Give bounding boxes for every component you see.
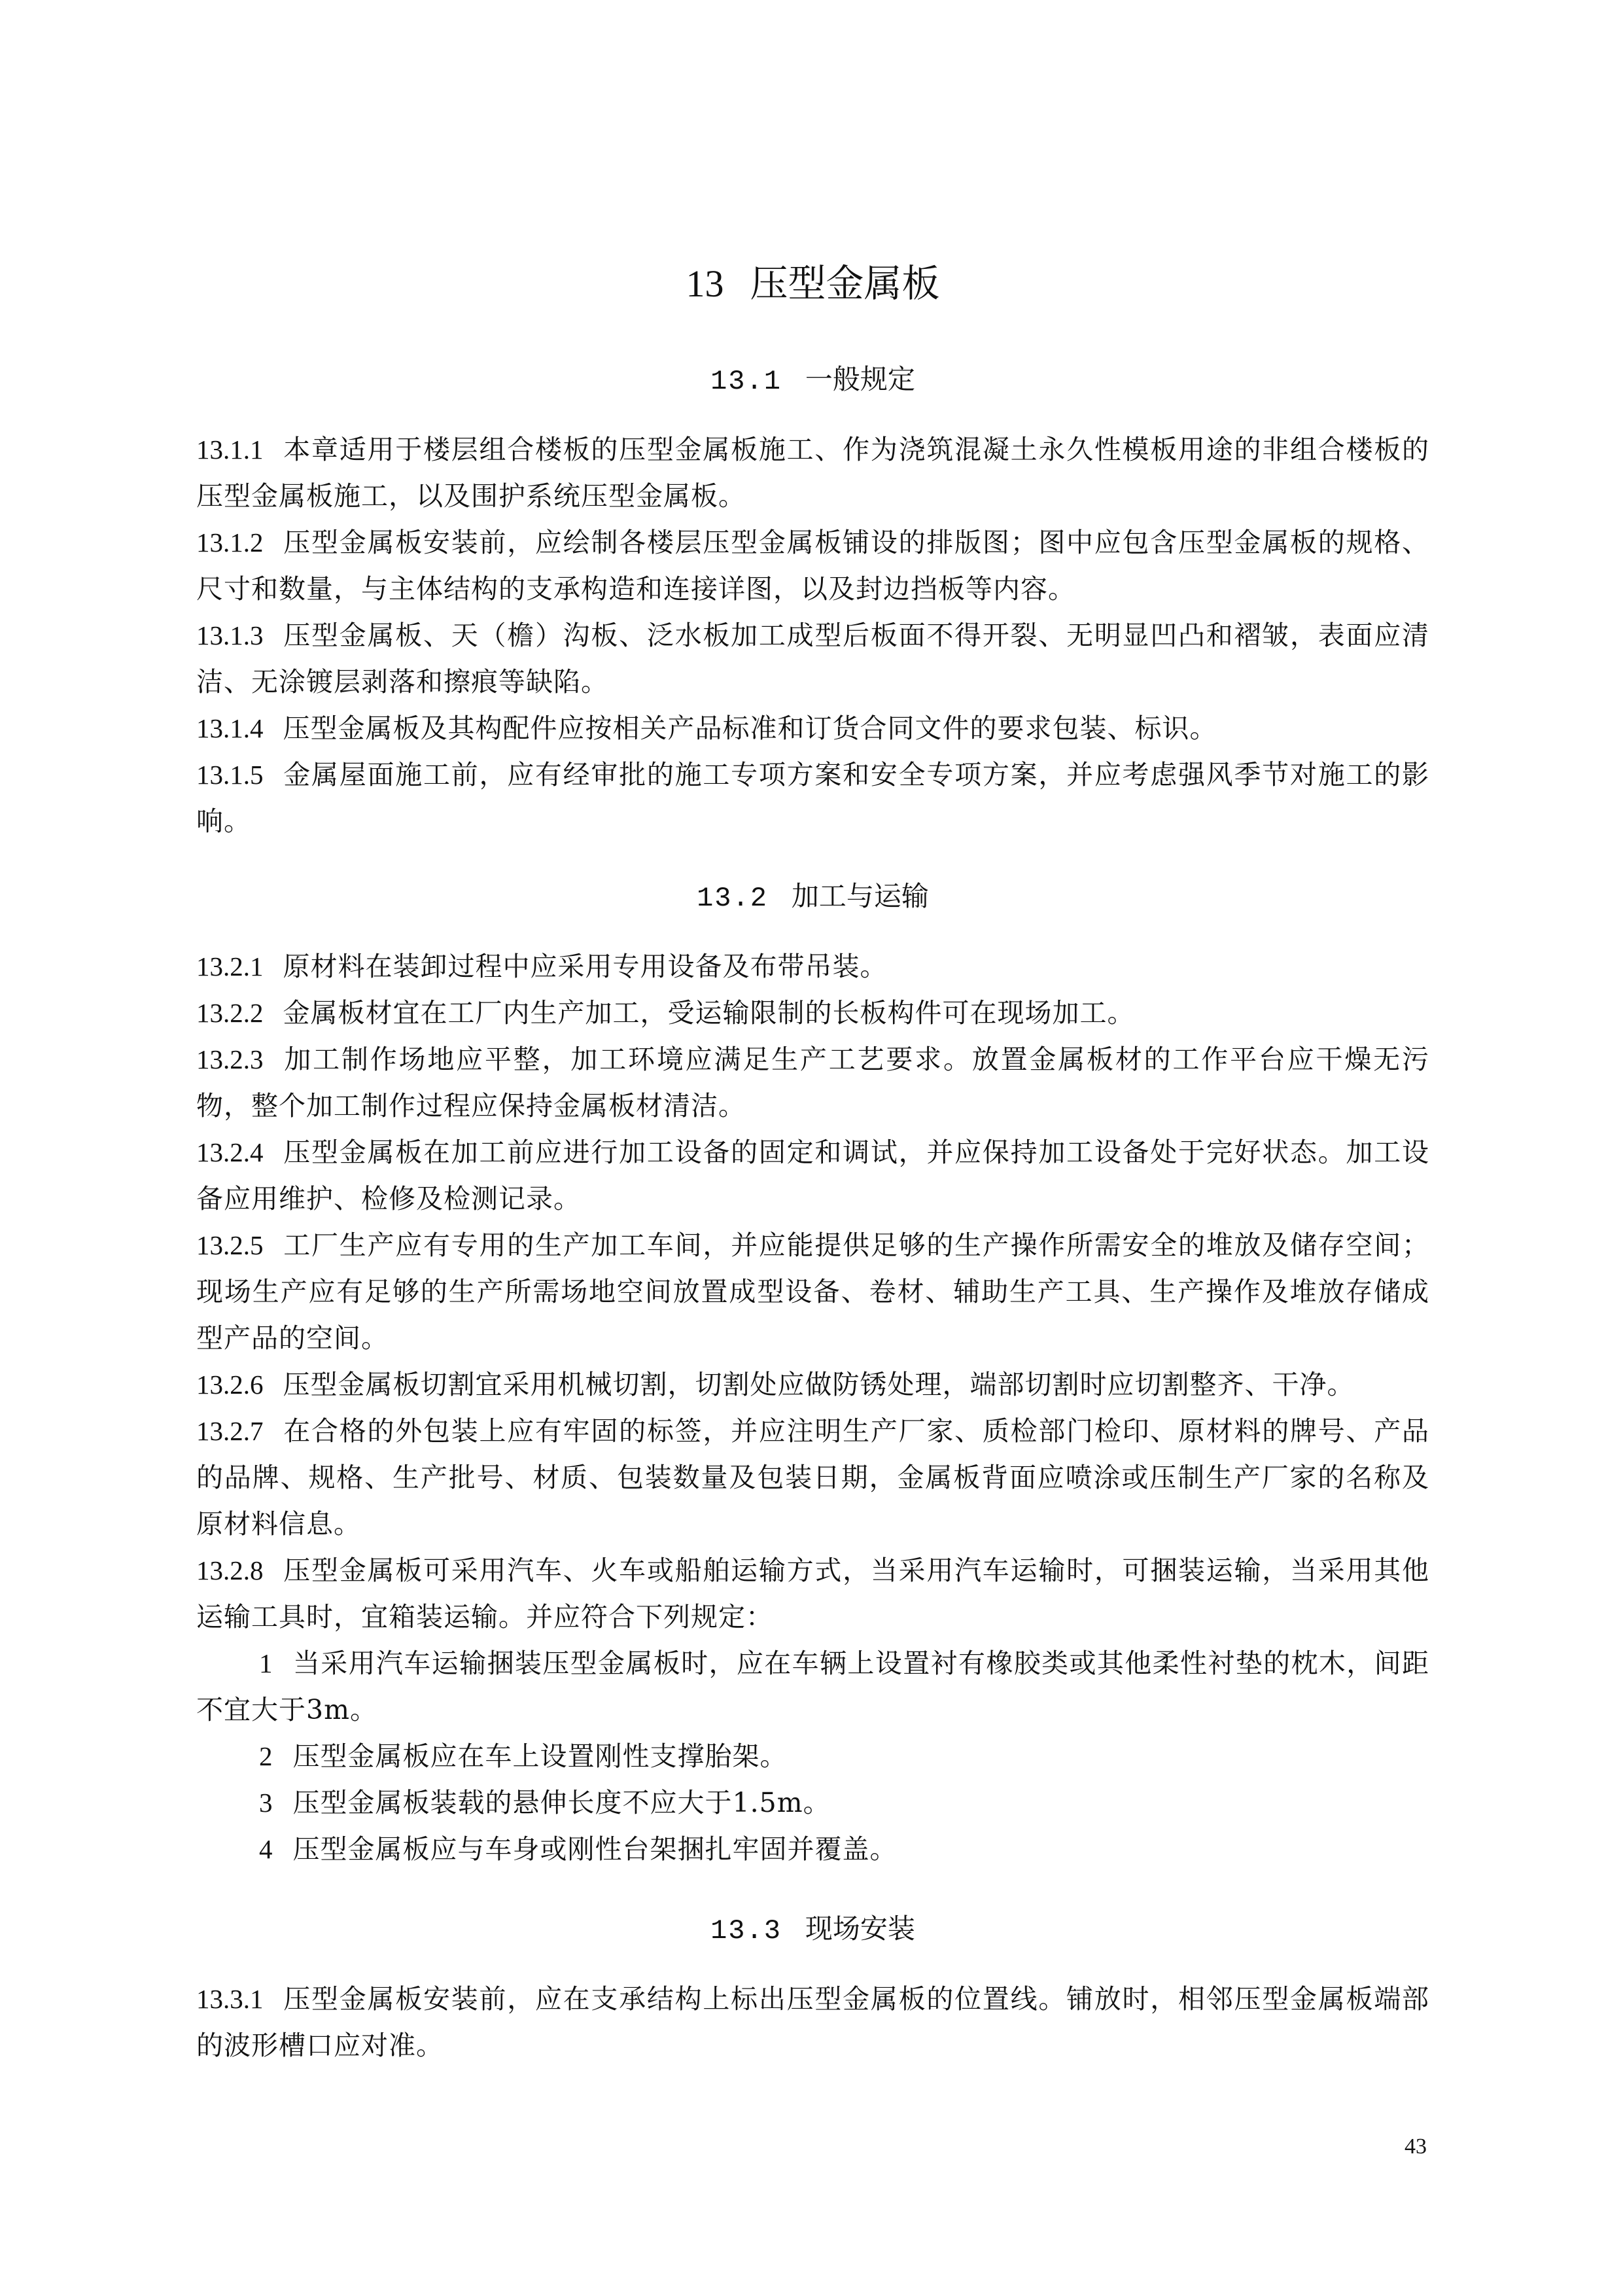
chapter-title-text: 压型金属板 — [750, 261, 939, 306]
clause-number: 13.2.7 — [196, 1416, 264, 1446]
clause-13-2-2: 13.2.2金属板材宜在工厂内生产加工，受运输限制的长板构件可在现场加工。 — [196, 990, 1429, 1036]
clause-number: 13.3.1 — [196, 1984, 264, 2014]
list-item-3: 3压型金属板装载的悬伸长度不应大于1.5m。 — [196, 1780, 1429, 1826]
item-text: 压型金属板应与车身或刚性台架捆扎牢固并覆盖。 — [293, 1833, 898, 1865]
chapter-number: 13 — [686, 262, 724, 305]
clause-13-1-4: 13.1.4压型金属板及其构配件应按相关产品标准和订货合同文件的要求包装、标识。 — [196, 705, 1429, 752]
clause-13-1-5: 13.1.5金属屋面施工前，应有经审批的施工专项方案和安全专项方案，并应考虑强风… — [196, 752, 1429, 845]
section-title: 13.3现场安装 — [196, 1909, 1429, 1951]
clause-text: 压型金属板安装前，应在支承结构上标出压型金属板的位置线。铺放时，相邻压型金属板端… — [196, 1983, 1429, 2061]
clause-text: 原材料在装卸过程中应采用专用设备及布带吊装。 — [283, 951, 888, 982]
clause-text: 工厂生产应有专用的生产加工车间，并应能提供足够的生产操作所需安全的堆放及储存空间… — [196, 1229, 1429, 1354]
clause-number: 13.2.5 — [196, 1230, 264, 1260]
item-text: 压型金属板应在车上设置刚性支撑胎架。 — [293, 1740, 788, 1772]
clause-number: 13.2.3 — [196, 1044, 264, 1074]
clause-13-2-7: 13.2.7在合格的外包装上应有牢固的标签，并应注明生产厂家、质检部门检印、原材… — [196, 1408, 1429, 1547]
clause-13-1-1: 13.1.1本章适用于楼层组合楼板的压型金属板施工、作为浇筑混凝土永久性模板用途… — [196, 427, 1429, 520]
section-number: 13.1 — [710, 366, 782, 397]
clause-text: 压型金属板可采用汽车、火车或船舶运输方式，当采用汽车运输时，可捆装运输，当采用其… — [196, 1555, 1429, 1633]
chapter-title: 13压型金属板 — [196, 260, 1429, 307]
section-title-text: 加工与运输 — [792, 880, 929, 912]
clause-text: 金属屋面施工前，应有经审批的施工专项方案和安全专项方案，并应考虑强风季节对施工的… — [196, 759, 1429, 837]
clause-number: 13.2.8 — [196, 1555, 264, 1585]
clause-text: 压型金属板切割宜采用机械切割，切割处应做防锈处理，端部切割时应切割整齐、干净。 — [283, 1369, 1355, 1400]
clause-number: 13.1.5 — [196, 760, 264, 790]
section-title-text: 现场安装 — [805, 1913, 915, 1945]
item-number: 3 — [259, 1788, 273, 1818]
section-title-text: 一般规定 — [805, 363, 915, 395]
clause-13-2-8: 13.2.8压型金属板可采用汽车、火车或船舶运输方式，当采用汽车运输时，可捆装运… — [196, 1547, 1429, 1640]
clause-13-3-1: 13.3.1压型金属板安装前，应在支承结构上标出压型金属板的位置线。铺放时，相邻… — [196, 1976, 1429, 2069]
item-number: 1 — [259, 1648, 273, 1678]
clause-13-2-5: 13.2.5工厂生产应有专用的生产加工车间，并应能提供足够的生产操作所需安全的堆… — [196, 1222, 1429, 1362]
clause-number: 13.1.2 — [196, 527, 264, 557]
clause-13-1-3: 13.1.3压型金属板、天（檐）沟板、泛水板加工成型后板面不得开裂、无明显凹凸和… — [196, 612, 1429, 705]
section-number: 13.2 — [697, 883, 768, 914]
item-number: 4 — [259, 1834, 273, 1864]
clause-text: 压型金属板、天（檐）沟板、泛水板加工成型后板面不得开裂、无明显凹凸和褶皱，表面应… — [196, 620, 1429, 698]
clause-number: 13.2.4 — [196, 1137, 264, 1167]
section-title: 13.2加工与运输 — [196, 877, 1429, 918]
clause-13-2-4: 13.2.4压型金属板在加工前应进行加工设备的固定和调试，并应保持加工设备处于完… — [196, 1129, 1429, 1222]
clause-text: 压型金属板在加工前应进行加工设备的固定和调试，并应保持加工设备处于完好状态。加工… — [196, 1137, 1429, 1214]
list-item-1: 1当采用汽车运输捆装压型金属板时，应在车辆上设置衬有橡胶类或其他柔性衬垫的枕木，… — [196, 1640, 1429, 1733]
clause-number: 13.2.2 — [196, 998, 264, 1028]
item-number: 2 — [259, 1741, 273, 1771]
clause-13-1-2: 13.1.2压型金属板安装前，应绘制各楼层压型金属板铺设的排版图；图中应包含压型… — [196, 520, 1429, 612]
section-number: 13.3 — [710, 1915, 782, 1947]
clause-text: 金属板材宜在工厂内生产加工，受运输限制的长板构件可在现场加工。 — [283, 997, 1135, 1029]
item-text: 当采用汽车运输捆装压型金属板时，应在车辆上设置衬有橡胶类或其他柔性衬垫的枕木，间… — [196, 1648, 1429, 1725]
clause-text: 加工制作场地应平整，加工环境应满足生产工艺要求。放置金属板材的工作平台应干燥无污… — [196, 1044, 1429, 1122]
clause-number: 13.2.1 — [196, 951, 264, 981]
item-text: 压型金属板装载的悬伸长度不应大于1.5m。 — [293, 1787, 831, 1818]
clause-13-2-6: 13.2.6压型金属板切割宜采用机械切割，切割处应做防锈处理，端部切割时应切割整… — [196, 1362, 1429, 1408]
clause-number: 13.1.1 — [196, 434, 264, 465]
list-item-4: 4压型金属板应与车身或刚性台架捆扎牢固并覆盖。 — [196, 1826, 1429, 1873]
clause-number: 13.1.3 — [196, 620, 264, 650]
clause-number: 13.1.4 — [196, 713, 264, 743]
clause-text: 在合格的外包装上应有牢固的标签，并应注明生产厂家、质检部门检印、原材料的牌号、产… — [196, 1415, 1429, 1540]
clause-text: 本章适用于楼层组合楼板的压型金属板施工、作为浇筑混凝土永久性模板用途的非组合楼板… — [196, 434, 1429, 512]
list-item-2: 2压型金属板应在车上设置刚性支撑胎架。 — [196, 1733, 1429, 1780]
clause-number: 13.2.6 — [196, 1369, 264, 1400]
clause-text: 压型金属板安装前，应绘制各楼层压型金属板铺设的排版图；图中应包含压型金属板的规格… — [196, 527, 1429, 605]
clause-text: 压型金属板及其构配件应按相关产品标准和订货合同文件的要求包装、标识。 — [283, 713, 1217, 744]
page-number: 43 — [1405, 2134, 1427, 2159]
clause-13-2-1: 13.2.1原材料在装卸过程中应采用专用设备及布带吊装。 — [196, 944, 1429, 990]
clause-13-2-3: 13.2.3加工制作场地应平整，加工环境应满足生产工艺要求。放置金属板材的工作平… — [196, 1036, 1429, 1129]
section-title: 13.1一般规定 — [196, 360, 1429, 401]
